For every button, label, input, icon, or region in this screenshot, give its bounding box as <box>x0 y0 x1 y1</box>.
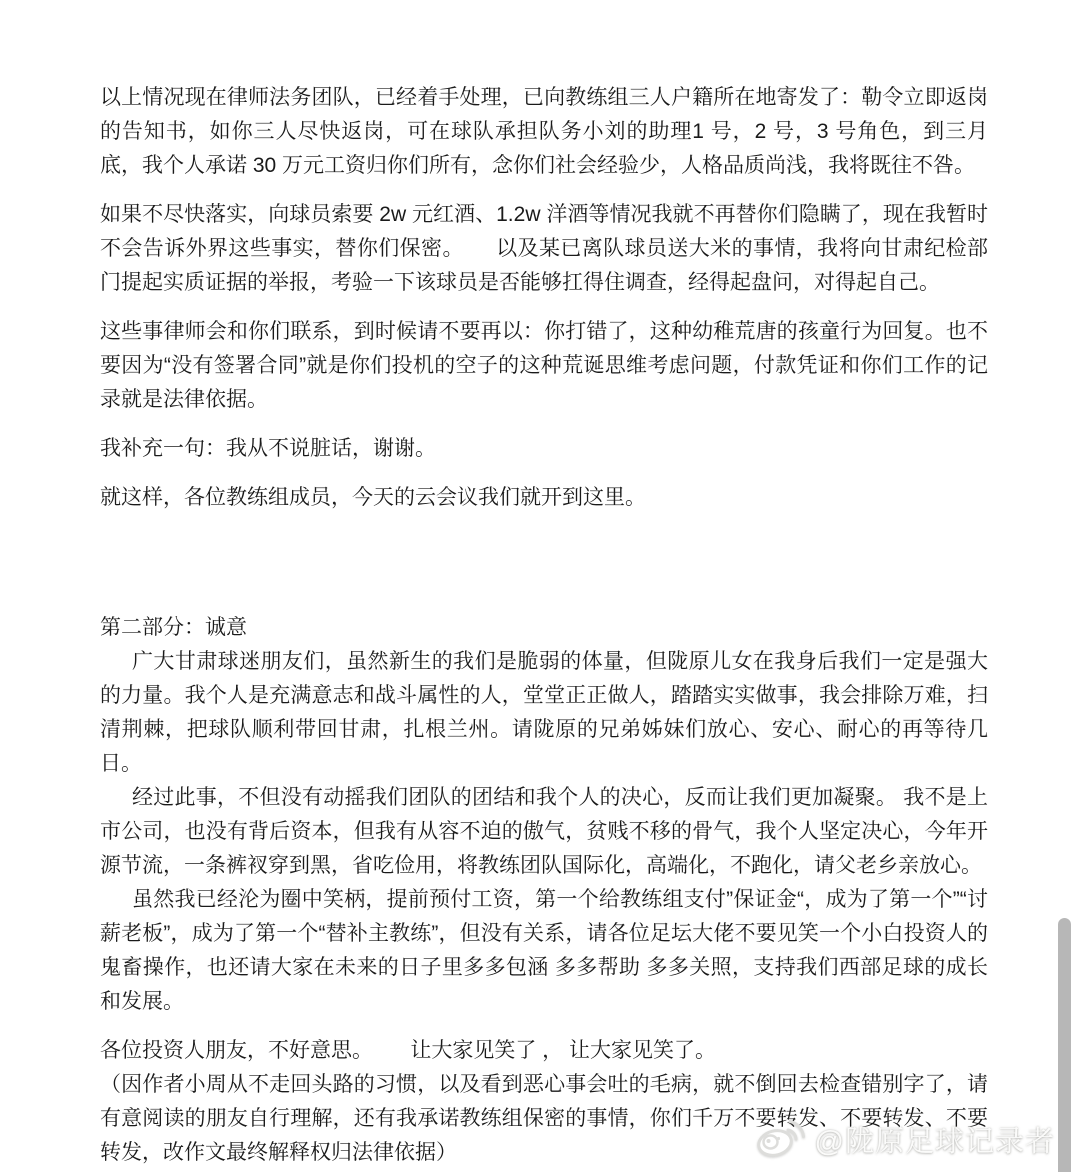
paragraph-laughingstock: 虽然我已经沦为圈中笑柄，提前预付工资，第一个给教练组支付”保证金“，成为了第一个… <box>100 883 988 1019</box>
paragraph-author-note: （因作者小周从不走回头路的习惯，以及看到恶心事会吐的毛病，就不倒回去检查错别字了… <box>100 1068 988 1170</box>
paragraph-fans-promise: 广大甘肃球迷朋友们，虽然新生的我们是脆弱的体量，但陇原儿女在我身后我们一定是强大… <box>100 645 988 781</box>
paragraph-lawyers-notice: 以上情况现在律师法务团队，已经着手处理，已向教练组三人户籍所在地寄发了：勒令立即… <box>100 81 988 183</box>
paragraph-meeting-end: 就这样，各位教练组成员，今天的云会议我们就开到这里。 <box>100 481 988 515</box>
paragraph-no-swearing: 我补充一句：我从不说脏话，谢谢。 <box>100 432 988 466</box>
section-title-part2: 第二部分：诚意 <box>100 611 988 645</box>
article-page: 以上情况现在律师法务团队，已经着手处理，已向教练组三人户籍所在地寄发了：勒令立即… <box>0 0 1080 1172</box>
paragraph-investors-apology: 各位投资人朋友，不好意思。 让大家见笑了 ， 让大家见笑了。 <box>100 1034 988 1068</box>
paragraph-legal-basis: 这些事律师会和你们联系，到时候请不要再以：你打错了，这种幼稚荒唐的孩童行为回复。… <box>100 315 988 417</box>
article-body: 以上情况现在律师法务团队，已经着手处理，已向教练组三人户籍所在地寄发了：勒令立即… <box>100 81 988 1170</box>
paragraph-determination: 经过此事，不但没有动摇我们团队的团结和我个人的决心，反而让我们更加凝聚。 我不是… <box>100 781 988 883</box>
scrollbar-thumb[interactable] <box>1058 918 1071 1172</box>
paragraph-deadline-warning: 如果不尽快落实，向球员索要 2w 元红酒、1.2w 洋酒等情况我就不再替你们隐瞒… <box>100 198 988 300</box>
